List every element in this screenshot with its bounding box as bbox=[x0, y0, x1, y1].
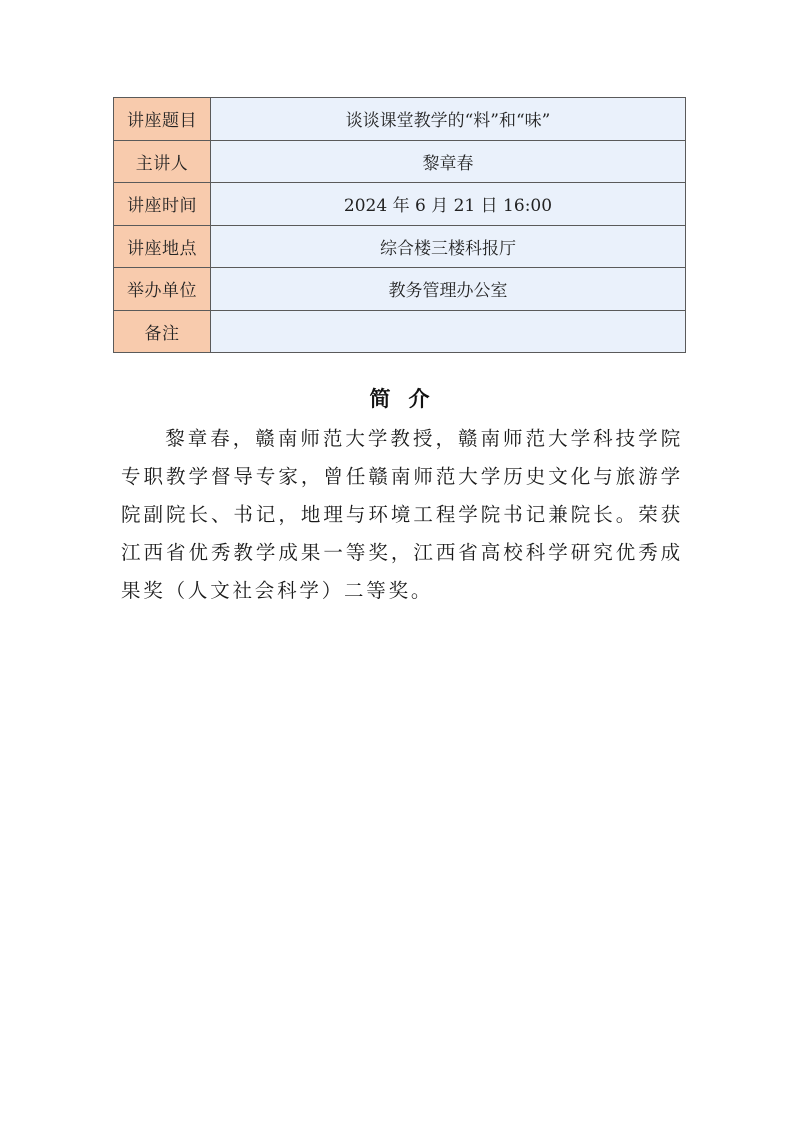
intro-paragraph: 黎章春，赣南师范大学教授，赣南师范大学科技学院专职教学督导专家，曾任赣南师范大学… bbox=[121, 420, 683, 610]
location-value: 综合楼三楼科报厅 bbox=[211, 225, 686, 268]
table-row-speaker: 主讲人 黎章春 bbox=[114, 140, 686, 183]
organizer-label: 举办单位 bbox=[114, 268, 211, 311]
location-label: 讲座地点 bbox=[114, 225, 211, 268]
intro-body: 黎章春，赣南师范大学教授，赣南师范大学科技学院专职教学督导专家，曾任赣南师范大学… bbox=[121, 427, 683, 602]
topic-label: 讲座题目 bbox=[114, 98, 211, 141]
time-label: 讲座时间 bbox=[114, 183, 211, 226]
intro-title: 简介 bbox=[0, 383, 799, 413]
time-value: 2024 年 6 月 21 日 16:00 bbox=[211, 183, 686, 226]
table-row-location: 讲座地点 综合楼三楼科报厅 bbox=[114, 225, 686, 268]
table-row-time: 讲座时间 2024 年 6 月 21 日 16:00 bbox=[114, 183, 686, 226]
remarks-label: 备注 bbox=[114, 310, 211, 353]
remarks-value bbox=[211, 310, 686, 353]
speaker-label: 主讲人 bbox=[114, 140, 211, 183]
topic-value: 谈谈课堂教学的“料”和“味” bbox=[211, 98, 686, 141]
table-row-remarks: 备注 bbox=[114, 310, 686, 353]
speaker-value: 黎章春 bbox=[211, 140, 686, 183]
lecture-info-table: 讲座题目 谈谈课堂教学的“料”和“味” 主讲人 黎章春 讲座时间 2024 年 … bbox=[113, 97, 686, 353]
table-row-topic: 讲座题目 谈谈课堂教学的“料”和“味” bbox=[114, 98, 686, 141]
organizer-value: 教务管理办公室 bbox=[211, 268, 686, 311]
table-row-organizer: 举办单位 教务管理办公室 bbox=[114, 268, 686, 311]
